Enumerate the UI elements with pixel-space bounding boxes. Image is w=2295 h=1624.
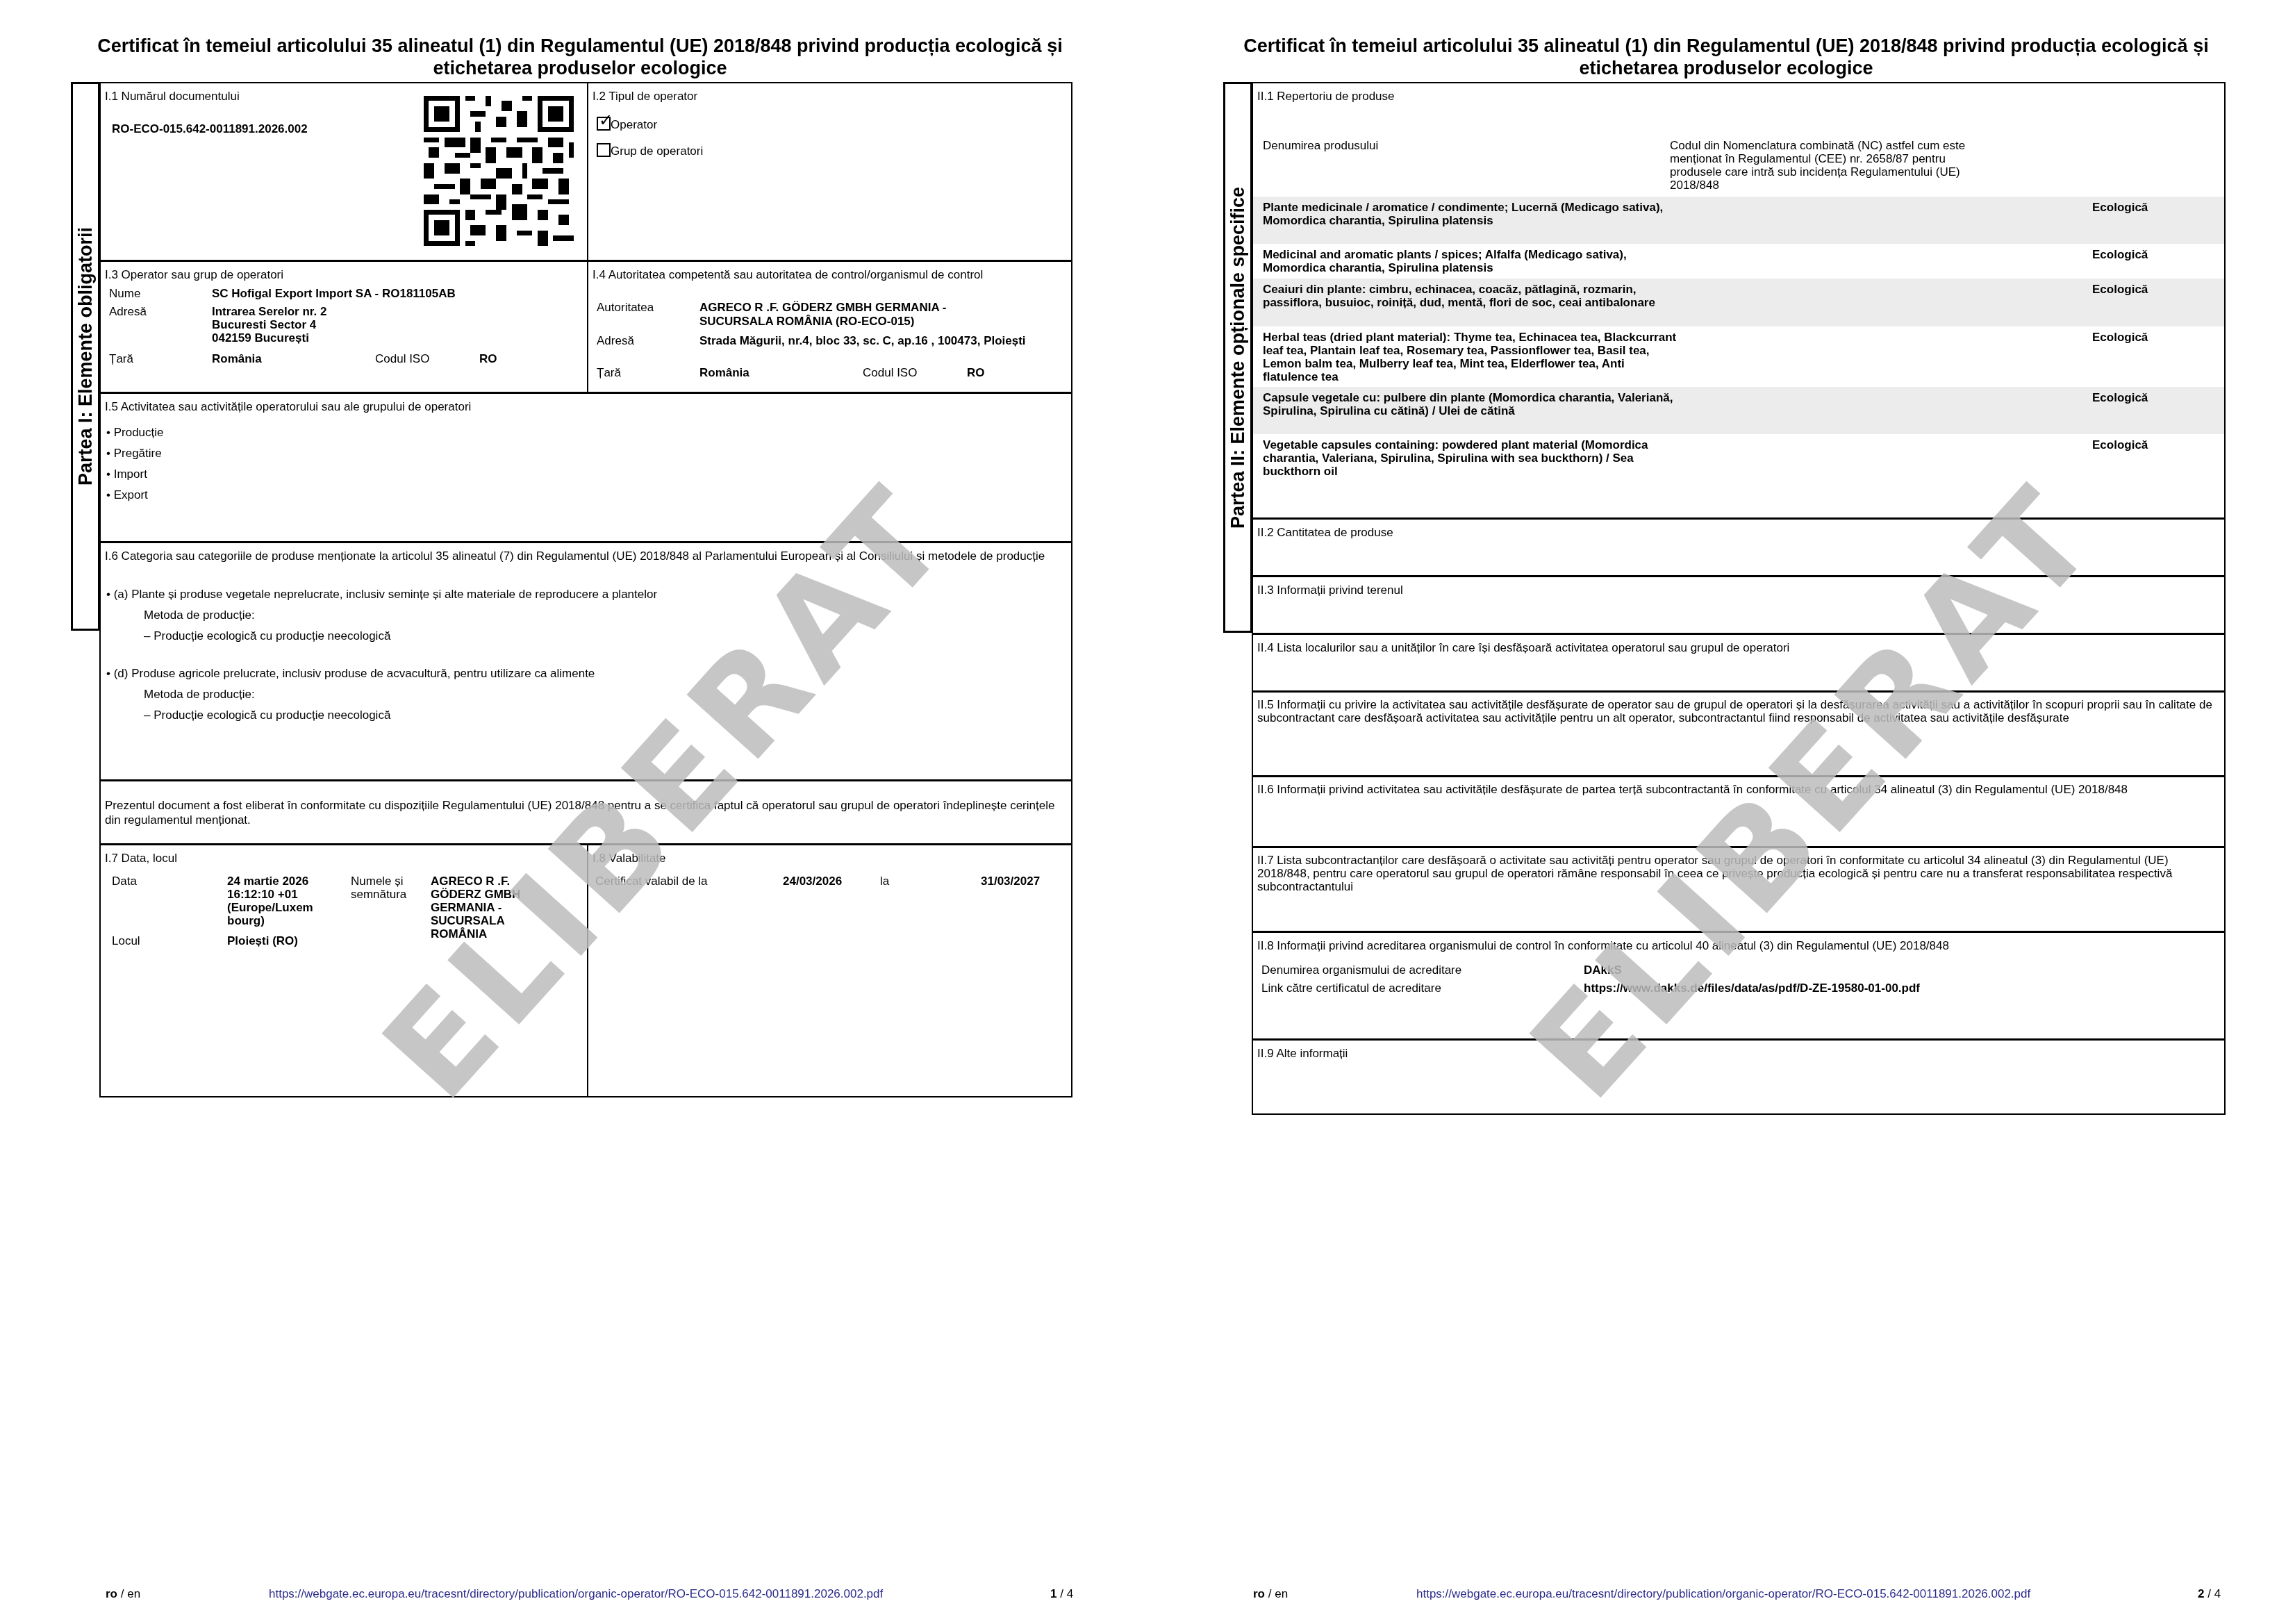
valid-from-label: Certificat valabil de la — [595, 875, 708, 888]
category-item: • (d) Produse agricole prelucrate, inclu… — [106, 667, 595, 681]
valid-to-date: 31/03/2027 — [981, 875, 1040, 888]
ii3-heading: II.3 Informații privind terenul — [1257, 583, 1403, 597]
column-nc-code: Codul din Nomenclatura combinată (NC) as… — [1670, 139, 1996, 192]
date-line: 16:12:10 +01 — [227, 888, 298, 902]
signature-line: GERMANIA - — [431, 901, 502, 915]
accreditation-link[interactable]: https://www.dakks.de/files/data/as/pdf/D… — [1584, 981, 1920, 995]
part-2-side-label: Partea II: Elemente opționale specifice — [1223, 82, 1252, 633]
document-title: Certificat în temeiul articolului 35 ali… — [1229, 35, 2223, 79]
category-item: • (a) Plante și produse vegetale neprelu… — [106, 588, 657, 602]
section-ii2-quantity: II.2 Cantitatea de produse — [1253, 517, 2224, 575]
section-i2-operator-type: I.2 Tipul de operator ✓Operator Grup de … — [587, 83, 1071, 260]
column-product-name: Denumirea produsului — [1263, 139, 1378, 153]
i8-heading: I.8 Valabilitate — [593, 851, 666, 865]
product-name: Ceaiuri din plante: cimbru, echinacea, c… — [1263, 283, 1680, 309]
product-name: Plante medicinale / aromatice / condimen… — [1263, 201, 1680, 227]
document-number: RO-ECO-015.642-0011891.2026.002 — [112, 122, 308, 136]
operator-type-group[interactable]: Grup de operatori — [597, 143, 703, 158]
part-1-label: Partea I: Elemente obligatorii — [75, 227, 97, 486]
ii7-heading: II.7 Lista subcontractanților care desfă… — [1257, 854, 2216, 893]
product-row: Ceaiuri din plante: cimbru, echinacea, c… — [1253, 279, 2224, 326]
product-status: Ecologică — [2092, 438, 2148, 452]
section-i3-operator: I.3 Operator sau grup de operatori Nume … — [101, 260, 587, 392]
i6-heading: I.6 Categoria sau categoriile de produse… — [105, 549, 1063, 563]
product-status: Ecologică — [2092, 248, 2148, 262]
statement-text: Prezentul document a fost eliberat în co… — [105, 798, 1063, 827]
valid-to-label: la — [880, 875, 889, 888]
part-2-label: Partea II: Elemente opționale specifice — [1227, 186, 1249, 528]
i7-heading: I.7 Data, locul — [105, 851, 177, 865]
product-status: Ecologică — [2092, 201, 2148, 215]
authority-country: România — [699, 366, 749, 380]
product-status: Ecologică — [2092, 331, 2148, 345]
certificate-page-2: Certificat în temeiul articolului 35 ali… — [1147, 0, 2295, 1624]
iso-label: Codul ISO — [375, 352, 429, 366]
authority-label: Autoritatea — [597, 301, 654, 315]
authority-country-label: Țară — [597, 366, 621, 380]
section-i4-authority: I.4 Autoritatea competentă sau autoritat… — [587, 260, 1071, 392]
activity-item: • Export — [106, 488, 148, 502]
country-value: România — [212, 352, 262, 366]
issuance-statement: Prezentul document a fost eliberat în co… — [101, 779, 1071, 843]
checkbox-operator[interactable]: ✓ — [597, 117, 611, 131]
section-ii1-products: II.1 Repertoriu de produse Denumirea pro… — [1253, 83, 2224, 517]
name-label: Nume — [109, 287, 140, 301]
signature-line: SUCURSALA — [431, 914, 505, 928]
ii2-heading: II.2 Cantitatea de produse — [1257, 525, 1393, 540]
operator-type-operator[interactable]: ✓Operator — [597, 117, 657, 132]
section-ii9-other-info: II.9 Alte informații — [1253, 1038, 2224, 1113]
product-name: Capsule vegetale cu: pulbere din plante … — [1263, 391, 1680, 417]
product-row: Medicinal and aromatic plants / spices; … — [1253, 244, 2224, 279]
section-i6-categories: I.6 Categoria sau categoriile de produse… — [101, 541, 1071, 779]
i1-heading: I.1 Numărul documentului — [105, 89, 240, 103]
signature-label: Numele și — [351, 875, 404, 888]
date-line: 24 martie 2026 — [227, 875, 308, 888]
method-value: – Producție ecologică cu producție neeco… — [144, 629, 390, 643]
certificate-page-1: Certificat în temeiul articolului 35 ali… — [0, 0, 1147, 1624]
section-ii8-accreditation: II.8 Informații privind acreditarea orga… — [1253, 931, 2224, 1038]
section-ii6-third-party: II.6 Informații privind activitatea sau … — [1253, 775, 2224, 846]
method-label: Metoda de producție: — [144, 608, 255, 622]
authority-iso: RO — [967, 366, 985, 380]
date-line: bourg) — [227, 914, 265, 928]
i3-heading: I.3 Operator sau grup de operatori — [105, 267, 283, 282]
date-label: Data — [112, 875, 137, 888]
signature-line: AGRECO R .F. — [431, 875, 510, 888]
activity-item: • Import — [106, 467, 147, 481]
i2-heading: I.2 Tipul de operator — [593, 89, 697, 103]
accreditation-body: DAkkS — [1584, 963, 1622, 977]
product-name: Herbal teas (dried plant material): Thym… — [1263, 331, 1680, 383]
i4-heading: I.4 Autoritatea competentă sau autoritat… — [593, 267, 1065, 282]
accreditation-link-label: Link către certificatul de acreditare — [1261, 981, 1441, 995]
place-value: Ploiești (RO) — [227, 934, 298, 948]
product-status: Ecologică — [2092, 283, 2148, 297]
address-label: Adresă — [109, 305, 147, 319]
product-row: Vegetable capsules containing: powdered … — [1253, 434, 2224, 481]
date-line: (Europe/Luxem — [227, 901, 313, 915]
operator-name: SC Hofigal Export Import SA - RO181105AB — [212, 287, 456, 301]
ii6-heading: II.6 Informații privind activitatea sau … — [1257, 783, 2216, 796]
activity-item: • Pregătire — [106, 447, 162, 461]
section-ii4-premises: II.4 Lista localurilor sau a unităților … — [1253, 633, 2224, 690]
section-i7-date-place: I.7 Data, locul Data 24 martie 2026 16:1… — [101, 843, 587, 1096]
address-line-1: Intrarea Serelor nr. 2 — [212, 305, 326, 319]
page-number: 1 / 4 — [1050, 1587, 1073, 1601]
product-row: Herbal teas (dried plant material): Thym… — [1253, 326, 2224, 387]
method-value: – Producție ecologică cu producție neeco… — [144, 709, 390, 722]
document-title: Certificat în temeiul articolului 35 ali… — [83, 35, 1077, 79]
lang-en[interactable]: en — [127, 1587, 140, 1600]
iso-value: RO — [479, 352, 497, 366]
authority-iso-label: Codul ISO — [863, 366, 917, 380]
page-number: 2 / 4 — [2198, 1587, 2221, 1601]
valid-from-date: 24/03/2026 — [783, 875, 842, 888]
ii9-heading: II.9 Alte informații — [1257, 1046, 1348, 1061]
accreditation-body-label: Denumirea organismului de acreditare — [1261, 963, 1461, 977]
product-name: Vegetable capsules containing: powdered … — [1263, 438, 1680, 478]
part-2-form: II.1 Repertoriu de produse Denumirea pro… — [1252, 82, 2226, 1115]
place-label: Locul — [112, 934, 140, 948]
authority-address: Strada Măgurii, nr.4, bloc 33, sc. C, ap… — [699, 334, 1061, 348]
authority-address-label: Adresă — [597, 334, 634, 348]
document-url-link[interactable]: https://webgate.ec.europa.eu/tracesnt/di… — [1416, 1587, 2030, 1601]
language-switch[interactable]: ro / en — [1253, 1587, 1288, 1601]
product-status: Ecologică — [2092, 391, 2148, 405]
section-i5-activities: I.5 Activitatea sau activitățile operato… — [101, 392, 1071, 541]
checkmark-icon: ✓ — [599, 113, 613, 129]
ii5-heading: II.5 Informații cu privire la activitate… — [1257, 698, 2216, 724]
document-url-link[interactable]: https://webgate.ec.europa.eu/tracesnt/di… — [269, 1587, 883, 1601]
lang-ro[interactable]: ro — [106, 1587, 117, 1600]
qr-code-icon[interactable] — [424, 96, 574, 246]
product-row: Plante medicinale / aromatice / condimen… — [1253, 197, 2224, 244]
operator-type-label: Operator — [611, 118, 657, 131]
method-label: Metoda de producție: — [144, 688, 255, 702]
part-1-form: I.1 Numărul documentului RO-ECO-015.642-… — [99, 82, 1072, 1097]
signature-line: GÖDERZ GMBH — [431, 888, 520, 902]
address-line-2: Bucuresti Sector 4 — [212, 318, 316, 332]
ii8-heading: II.8 Informații privind acreditarea orga… — [1257, 938, 1949, 953]
language-switch[interactable]: ro / en — [106, 1587, 140, 1601]
product-row: Capsule vegetale cu: pulbere din plante … — [1253, 387, 2224, 434]
authority-value: AGRECO R .F. GÖDERZ GMBH GERMANIA - SUCU… — [699, 301, 1005, 329]
country-label: Țară — [109, 352, 133, 366]
address-line-3: 042159 București — [212, 331, 309, 345]
ii1-heading: II.1 Repertoriu de produse — [1257, 89, 1395, 103]
section-i1-document-number: I.1 Numărul documentului RO-ECO-015.642-… — [101, 83, 587, 260]
section-ii3-land: II.3 Informații privind terenul — [1253, 575, 2224, 633]
part-1-side-label: Partea I: Elemente obligatorii — [71, 82, 100, 631]
lang-en[interactable]: en — [1275, 1587, 1288, 1600]
section-i8-validity: I.8 Valabilitate Certificat valabil de l… — [587, 843, 1071, 1096]
group-type-label: Grup de operatori — [611, 144, 703, 158]
checkbox-group[interactable] — [597, 143, 611, 157]
signature-line: ROMÂNIA — [431, 927, 487, 941]
lang-ro[interactable]: ro — [1253, 1587, 1265, 1600]
signature-label: semnătura — [351, 888, 406, 902]
ii4-heading: II.4 Lista localurilor sau a unităților … — [1257, 640, 1789, 655]
i5-heading: I.5 Activitatea sau activitățile operato… — [105, 399, 471, 414]
section-ii7-subcontractors: II.7 Lista subcontractanților care desfă… — [1253, 846, 2224, 931]
activity-item: • Producție — [106, 426, 164, 440]
product-name: Medicinal and aromatic plants / spices; … — [1263, 248, 1680, 274]
section-ii5-activities: II.5 Informații cu privire la activitate… — [1253, 690, 2224, 775]
